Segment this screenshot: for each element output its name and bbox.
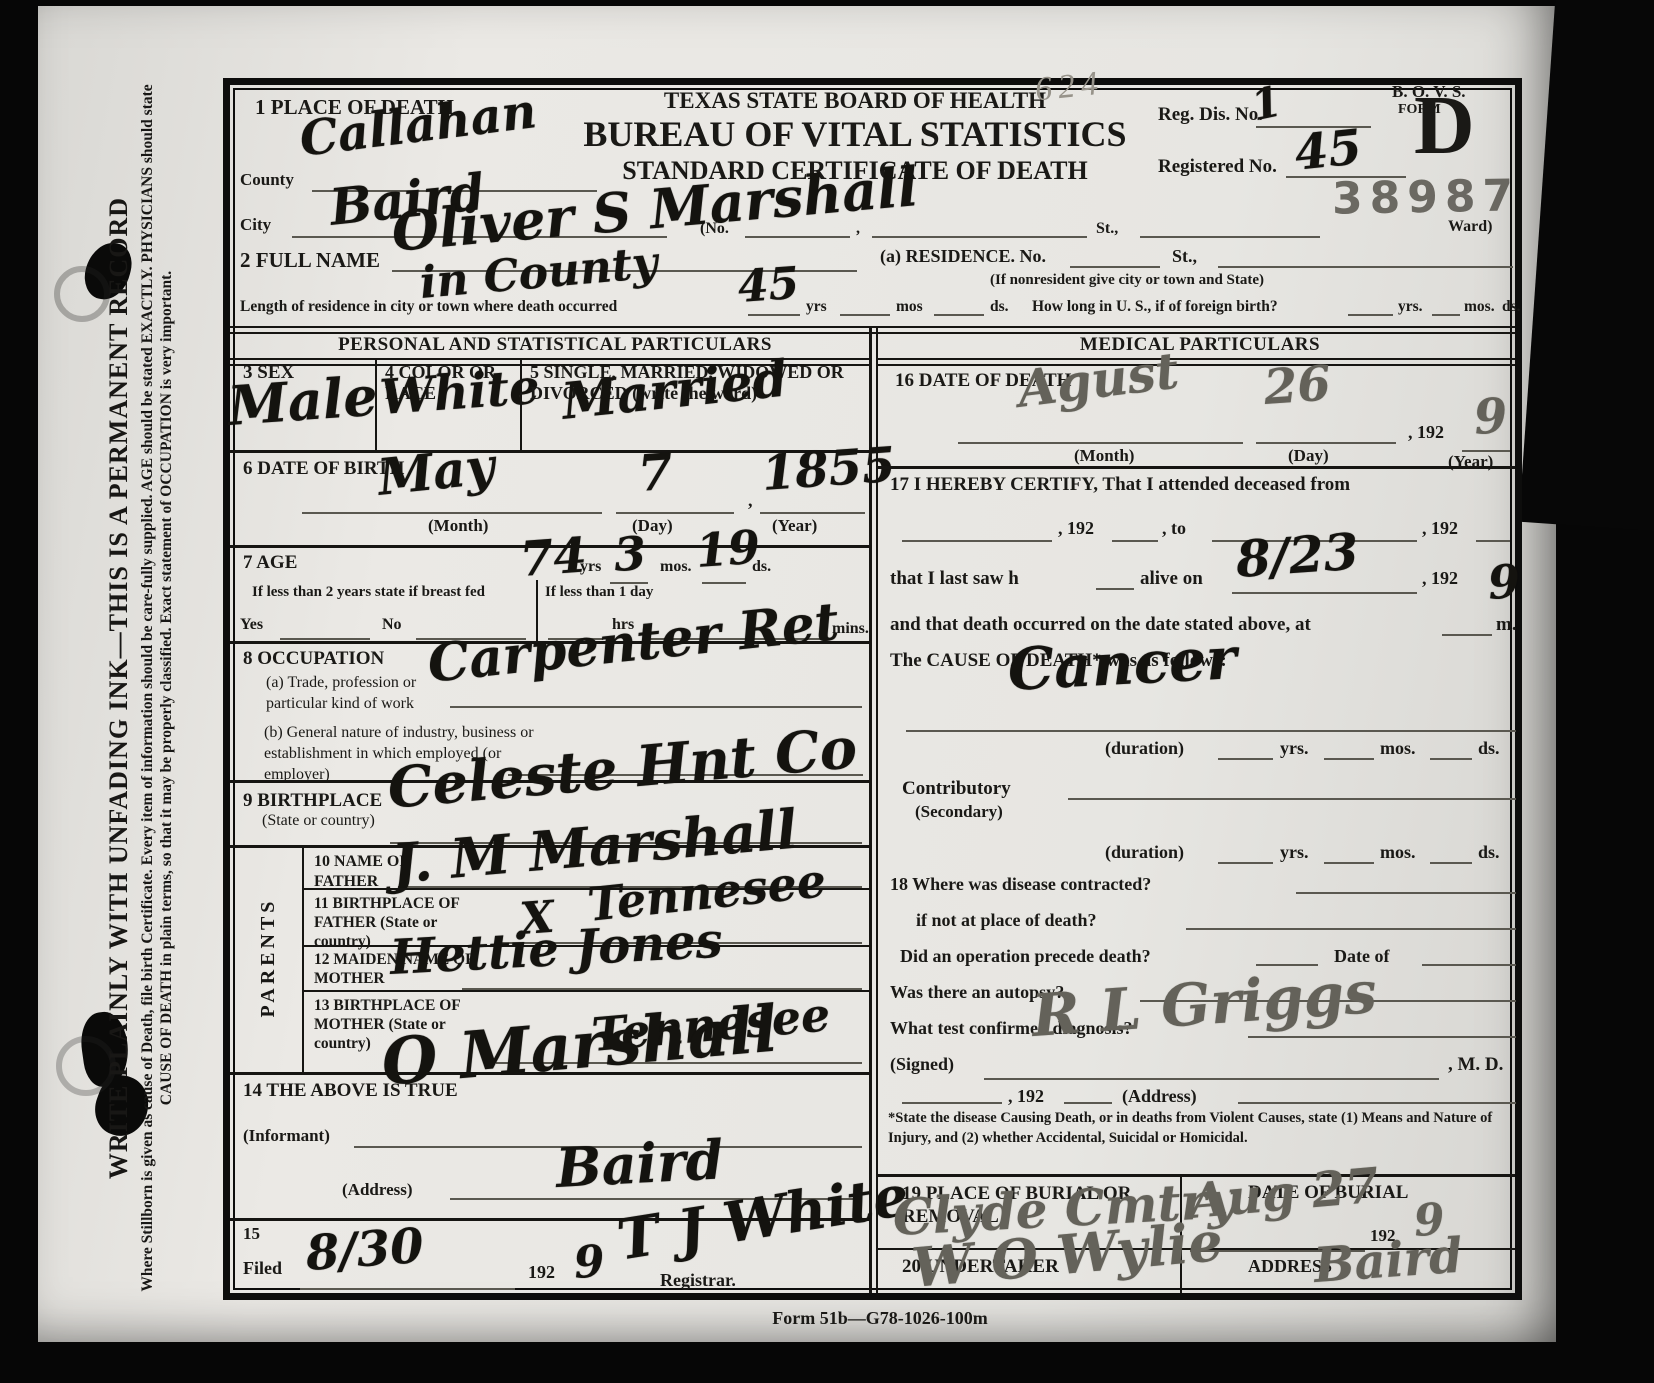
signed-address-label: (Address) (1122, 1086, 1197, 1107)
duration2-label: (duration) (1105, 842, 1184, 863)
rule-line (1068, 798, 1516, 800)
birthplace-label: 9 BIRTHPLACE (243, 790, 382, 812)
rule-line (1442, 634, 1492, 636)
age-yrs-label: yrs (580, 558, 601, 576)
secondary-label: (Secondary) (915, 802, 1003, 822)
age-years-value: 74 (518, 527, 589, 588)
grid-line (520, 358, 522, 450)
nonresident-note: (If nonresident give city or town and St… (990, 272, 1264, 289)
filed-year-prefix: 192 (528, 1262, 555, 1283)
rule-line (958, 442, 1243, 444)
certify-year2-prefix: , 192 (1422, 518, 1458, 539)
age-months-value: 3 (612, 526, 648, 582)
margin-note: Where Stillborn is given as cause of Dea… (138, 62, 176, 1314)
informant-address-value: Baird (554, 1127, 724, 1200)
certify-label: 17 I HEREBY CERTIFY, That I attended dec… (890, 474, 1350, 496)
alive-on-label: alive on (1140, 568, 1203, 590)
full-name-label: 2 FULL NAME (240, 248, 380, 273)
rule-line (1432, 314, 1460, 316)
dob-year-label: (Year) (772, 516, 817, 536)
age-mos-label: mos. (660, 558, 692, 576)
county-label: County (240, 170, 294, 190)
rule-line (1430, 758, 1472, 760)
rule-line (1422, 964, 1516, 966)
duration2-ds-label: ds. (1478, 842, 1500, 863)
rule-line (1112, 540, 1158, 542)
last-saw-year-value: 9 (1486, 554, 1522, 610)
stamp-number: 38987 (1332, 170, 1521, 224)
margin-instructions: WRITE PLAINLY WITH UNFADING INK—THIS IS … (104, 62, 222, 1314)
age-label: 7 AGE (243, 552, 297, 574)
undertaker-address-value: Baird (1312, 1228, 1464, 1294)
birthplace-state-country-label: (State or country) (262, 812, 375, 830)
signed-year-prefix: , 192 (1008, 1086, 1044, 1107)
rule-line (302, 512, 602, 514)
dod-year-value: 9 (1472, 388, 1509, 446)
form-letter-d: D (1414, 84, 1475, 168)
ink-ring (54, 266, 110, 322)
rule-line (1218, 266, 1513, 268)
informant-label: (Informant) (243, 1126, 330, 1146)
dob-month-value: May (375, 436, 497, 507)
mos2-label: mos. (1464, 298, 1495, 316)
rule-line (1218, 862, 1273, 864)
duration2-mos-label: mos. (1380, 842, 1416, 863)
cause-footnote: *State the disease Causing Death, or in … (888, 1108, 1516, 1148)
rule-line (1218, 758, 1273, 760)
yes-label: Yes (240, 616, 263, 634)
last-saw-label: that I last saw h (890, 568, 1019, 590)
filed-label: Filed (243, 1258, 282, 1279)
rule-line (1070, 266, 1160, 268)
medical-section-title: MEDICAL PARTICULARS (950, 334, 1450, 356)
disease-contracted-label: 18 Where was disease contracted? (890, 874, 1151, 895)
grid-line (878, 466, 1515, 469)
rule-line (840, 314, 890, 316)
rule-line (902, 540, 1052, 542)
rule-line (1296, 892, 1516, 894)
rule-line (748, 314, 800, 316)
rule-line (450, 706, 862, 708)
grid-line (302, 845, 304, 1072)
dod-month-label: (Month) (1074, 446, 1134, 466)
lessthanday-label: If less than 1 day (545, 584, 653, 601)
duration1-label: (duration) (1105, 738, 1184, 759)
sex-value: Male (226, 364, 380, 438)
operation-label: Did an operation precede death? (900, 946, 1151, 967)
dod-day-label: (Day) (1288, 446, 1329, 466)
form-label: FORM (1398, 102, 1414, 117)
length-value: 45 (736, 258, 801, 313)
rule-line (1476, 540, 1510, 542)
st-label: St., (1096, 220, 1118, 238)
margin-headline: WRITE PLAINLY WITH UNFADING INK—THIS IS … (104, 62, 134, 1314)
rule-line (902, 1102, 1002, 1104)
registered-no-label: Registered No. (1158, 156, 1277, 178)
duration2-yrs-label: yrs. (1280, 842, 1309, 863)
duration1-mos-label: mos. (1380, 738, 1416, 759)
certify-year1-prefix: , 192 (1058, 518, 1094, 539)
rule-line (1324, 862, 1374, 864)
parents-label: PARENTS (238, 845, 300, 1070)
rule-line (1348, 314, 1393, 316)
age-ds-label: ds. (752, 558, 771, 576)
item15-label: 15 (243, 1224, 260, 1244)
last-saw-value: 8/23 (1234, 522, 1360, 589)
no-label: No (382, 616, 402, 634)
certify-to-label: , to (1162, 518, 1186, 539)
last-saw-year-prefix: , 192 (1422, 568, 1458, 589)
dod-day-value: 26 (1262, 355, 1333, 416)
pencil-number: 624 (1033, 64, 1106, 109)
rule-line (872, 236, 1087, 238)
yrs-label: yrs (806, 298, 827, 316)
rule-line (1238, 1102, 1516, 1104)
dod-year-label: (Year) (1448, 452, 1493, 472)
registrar-label: Registrar. (660, 1270, 736, 1291)
rule-line (1232, 592, 1417, 594)
not-at-place-label: if not at place of death? (916, 910, 1096, 931)
rule-line (1140, 236, 1320, 238)
duration1-ds-label: ds. (1478, 738, 1500, 759)
m-label: m. (1496, 614, 1517, 636)
grid-line (878, 358, 1515, 366)
dob-day-value: 7 (636, 442, 675, 503)
rule-line (906, 730, 1516, 732)
grid-line (375, 358, 377, 450)
mos-label: mos (896, 298, 923, 316)
contributory-label: Contributory (902, 778, 1011, 800)
rule-line (702, 582, 746, 584)
rule-line (984, 1078, 1439, 1080)
duration1-yrs-label: yrs. (1280, 738, 1309, 759)
scanned-death-certificate: WRITE PLAINLY WITH UNFADING INK—THIS IS … (0, 0, 1654, 1383)
rule-line (300, 1288, 515, 1290)
filed-date-value: 8/30 (304, 1218, 425, 1282)
residence-label: (a) RESIDENCE. No. (880, 246, 1046, 267)
ds2-label: ds. (1502, 298, 1521, 316)
occupation-label: 8 OCCUPATION (243, 648, 384, 670)
filed-year-value: 9 (572, 1236, 606, 1289)
how-long-label: How long in U. S., if of foreign birth? (1032, 298, 1278, 316)
dod-year-prefix: , 192 (1408, 422, 1444, 443)
breastfed-label: If less than 2 years state if breast fed (252, 584, 485, 601)
rule-line (280, 638, 370, 640)
rule-line (934, 314, 984, 316)
rule-line (760, 512, 865, 514)
rule-line (1430, 862, 1472, 864)
rule-line (1096, 588, 1134, 590)
dob-year-value: 1855 (760, 437, 897, 502)
rule-line (1248, 1036, 1516, 1038)
rule-line (1256, 442, 1396, 444)
ds-label: ds. (990, 298, 1009, 316)
color-race-value: White (378, 359, 541, 426)
dob-month-label: (Month) (428, 516, 488, 536)
board-title: TEXAS STATE BOARD OF HEALTH (430, 88, 1280, 114)
dob-comma: , (748, 490, 753, 511)
reg-dis-label: Reg. Dis. No. (1158, 104, 1263, 126)
residence-st-label: St., (1172, 246, 1197, 267)
rule-line (745, 236, 850, 238)
signed-label: (Signed) (890, 1054, 954, 1075)
rule-line (616, 512, 734, 514)
yrs2-label: yrs. (1398, 298, 1423, 316)
bureau-title: BUREAU OF VITAL STATISTICS (430, 113, 1280, 155)
md-label: , M. D. (1448, 1054, 1503, 1076)
rule-line (1186, 928, 1516, 930)
form-code: Form 51b—G78-1026-100m (620, 1308, 1140, 1329)
cause-of-death-value: Cancer (1006, 624, 1238, 704)
informant-address-label: (Address) (342, 1180, 413, 1200)
city-label: City (240, 215, 271, 235)
rule-line (1064, 1102, 1112, 1104)
rule-line (1324, 758, 1374, 760)
